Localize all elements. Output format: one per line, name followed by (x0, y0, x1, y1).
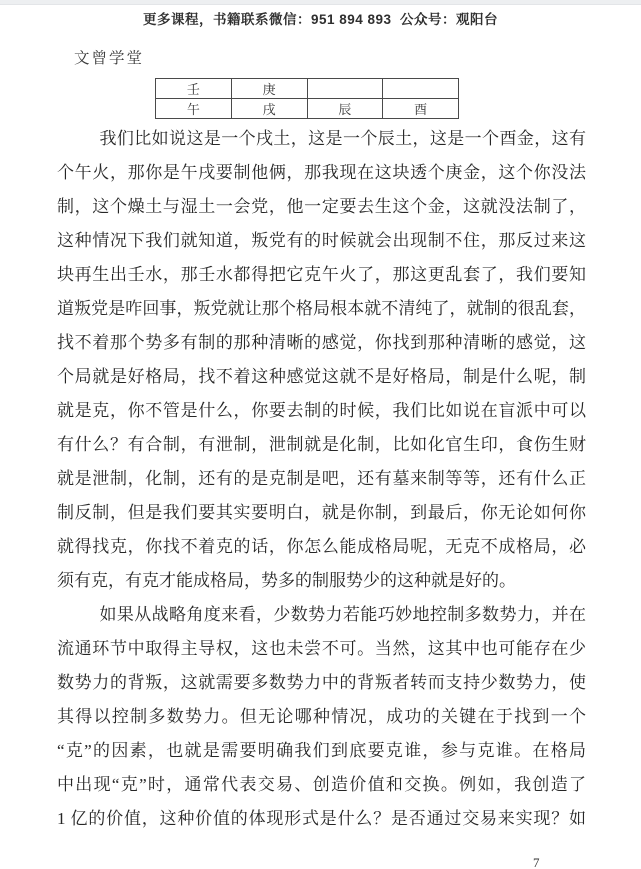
bazi-table-row: 午戌辰酉 (156, 99, 459, 119)
text-line: 制，这个燥土与湿土一会党，他一定要去生这个金，这就没法制了， (57, 190, 586, 224)
text-line: 中出现“克”时，通常代表交易、创造价值和交换。例如，我创造了 (57, 768, 586, 802)
top-edge-strip (0, 0, 641, 5)
bazi-table-cell: 辰 (307, 99, 383, 119)
bazi-table-cell: 壬 (156, 79, 232, 99)
text-line: 其得以控制多数势力。但无论哪种情况，成功的关键在于找到一个 (57, 700, 586, 734)
bazi-table-body: 壬庚午戌辰酉 (156, 79, 459, 119)
text-line: 就得找克，你找不着克的话，你怎么能成格局呢，无克不成格局，必 (57, 530, 586, 564)
bazi-table: 壬庚午戌辰酉 (155, 78, 459, 119)
bazi-table-cell (383, 79, 459, 99)
text-line: 这种情况下我们就知道，叛党有的时候就会出现制不住，那反过来这 (57, 224, 586, 258)
document-page: 更多课程，书籍联系微信：951 894 893 公众号：观阳台 文曾学堂 壬庚午… (0, 0, 641, 869)
text-line: 有什么？有合制，有泄制，泄制就是化制，比如化官生印，食伤生财 (57, 428, 586, 462)
text-line: 须有克，有克才能成格局，势多的制服势少的这种就是好的。 (57, 564, 586, 598)
header-notice: 更多课程，书籍联系微信：951 894 893 公众号：观阳台 (0, 8, 641, 28)
text-line: 就是克，你不管是什么，你要去制的时候，我们比如说在盲派中可以 (57, 394, 586, 428)
text-line: 数势力的背叛，这就需要多数势力中的背叛者转而支持少数势力，使 (57, 666, 586, 700)
text-line: 找不着那个势多有制的那种清晰的感觉，你找到那种清晰的感觉，这 (57, 326, 586, 360)
bazi-table-row: 壬庚 (156, 79, 459, 99)
text-line: 块再生出壬水，那壬水都得把它克午火了，那这更乱套了，我们要知 (57, 258, 586, 292)
bazi-table-cell (307, 79, 383, 99)
bazi-table-cell: 酉 (383, 99, 459, 119)
text-line: 个午火，那你是午戌要制他俩，那我现在这块透个庚金，这个你没法 (57, 156, 586, 190)
text-line: 就是泄制，化制，还有的是克制是吧，还有墓来制等等，还有什么正 (57, 462, 586, 496)
text-line: 流通环节中取得主导权，这也未尝不可。当然，这其中也可能存在少 (57, 632, 586, 666)
bazi-table-cell: 戌 (231, 99, 307, 119)
text-line: 制反制，但是我们要其实要明白，就是你制，到最后，你无论如何你 (57, 496, 586, 530)
brand-title: 文曾学堂 (74, 46, 144, 68)
text-line: 1 亿的价值，这种价值的体现形式是什么？是否通过交易来实现？如 (57, 802, 586, 836)
bazi-table-cell: 庚 (231, 79, 307, 99)
bazi-table-cell: 午 (156, 99, 232, 119)
text-line: “克”的因素，也就是需要明确我们到底要克谁，参与克谁。在格局 (57, 734, 586, 768)
page-number: 7 (533, 855, 540, 869)
text-line: 如果从战略角度来看，少数势力若能巧妙地控制多数势力，并在 (57, 598, 586, 632)
text-line: 个局就是好格局，找不着这种感觉这就不是好格局，制是什么呢，制 (57, 360, 586, 394)
body-text: 我们比如说这是一个戌土，这是一个辰土，这是一个酉金，这有个午火，那你是午戌要制他… (57, 122, 586, 836)
text-line: 我们比如说这是一个戌土，这是一个辰土，这是一个酉金，这有 (57, 122, 586, 156)
text-line: 道叛党是咋回事，叛党就让那个格局根本就不清纯了，就制的很乱套， (57, 292, 586, 326)
